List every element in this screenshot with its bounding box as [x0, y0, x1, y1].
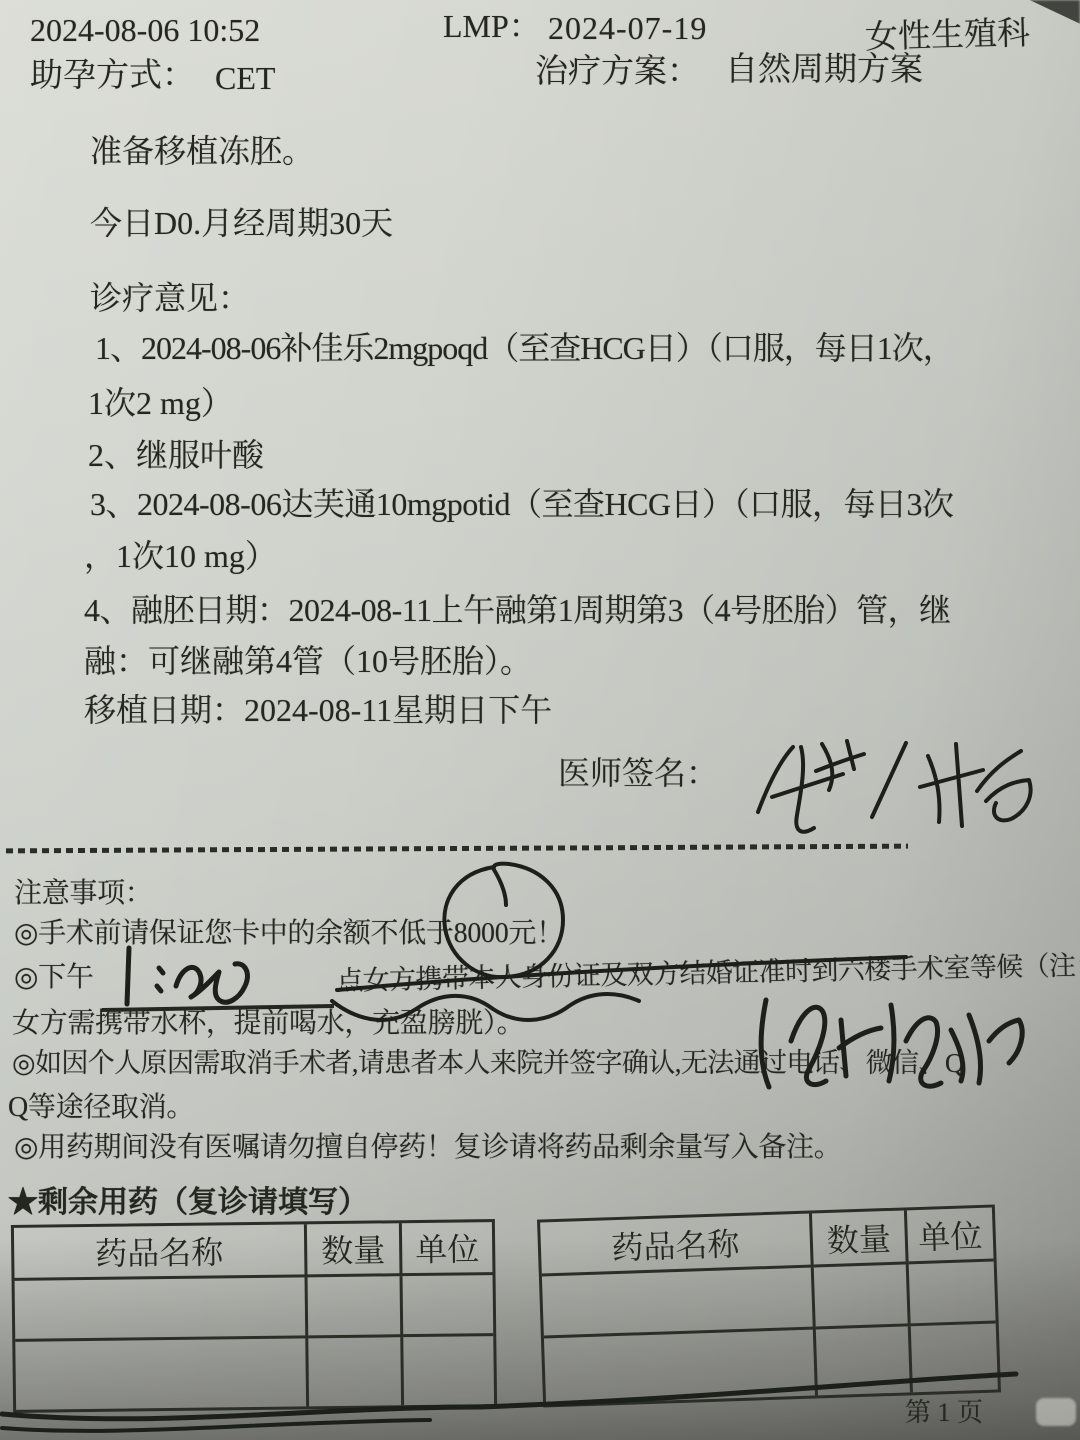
- empty-cell: [542, 1267, 816, 1338]
- empty-cell: [15, 1338, 309, 1410]
- item2-line: 2、继服叶酸: [88, 437, 264, 474]
- signature-separator-slash: [872, 743, 906, 817]
- opinion-title: 诊疗意见：: [90, 280, 250, 317]
- assisted-method-label: 助孕方式：: [30, 58, 195, 96]
- remaining-meds-table-left: 药品名称 数量 单位: [11, 1219, 497, 1413]
- item1-line1: 1、2024-08-06补佳乐2mgpoqd（至查HCG日）（口服，每日1次，: [95, 330, 954, 367]
- dashed-divider: [6, 844, 908, 854]
- note4-medication: ◎用药期间没有医嘱请勿擅自停药！复诊请将药品剩余量写入备注。: [14, 1132, 841, 1164]
- lmp-label: LMP：: [443, 8, 541, 45]
- empty-cell: [911, 1323, 998, 1392]
- empty-cell: [403, 1336, 494, 1405]
- empty-cell: [308, 1337, 404, 1406]
- assisted-method-value: CET: [215, 60, 275, 97]
- empty-cell: [308, 1276, 404, 1338]
- col-header-quantity: 数量: [812, 1210, 909, 1267]
- page-number: 第 1 页: [905, 1398, 983, 1428]
- lmp-value: 2024-07-19: [548, 10, 707, 47]
- doctor-signature-1: [758, 741, 864, 832]
- empty-cell: [15, 1277, 309, 1342]
- notes-title: 注意事项：: [14, 878, 153, 910]
- item1-line2: 1次2 mg）: [88, 385, 233, 422]
- remaining-meds-table-right: 药品名称 数量 单位: [537, 1204, 1001, 1407]
- note1-balance: ◎手术前请保证您卡中的余额不低于8000元！: [14, 918, 564, 950]
- empty-cell: [909, 1262, 996, 1327]
- item3-line1: 3、2024-08-06达芙通10mgpotid（至查HCG日）（口服，每日3次: [90, 486, 954, 523]
- treatment-plan-value: 自然周期方案: [725, 52, 923, 90]
- remaining-meds-title: ★剩余用药（复诊请填写）: [8, 1186, 368, 1221]
- treatment-plan-label: 治疗方案：: [535, 54, 700, 92]
- note3-line2: Q等途径取消。: [8, 1092, 194, 1124]
- empty-cell: [816, 1326, 913, 1395]
- handwritten-time: [127, 948, 247, 1004]
- item3-line2: ，1次10 mg）: [84, 538, 277, 575]
- item4-line1: 4、融胚日期：2024-08-11上午融第1周期第3（4号胚胎）管，继: [84, 592, 951, 629]
- cycle-note: 今日D0.月经周期30天: [90, 205, 393, 242]
- note2-line2: 女方需携带水杯，提前喝水，充盈膀胱）。: [12, 1008, 524, 1040]
- doctor-signature-2: [920, 744, 1031, 826]
- col-header-unit: 单位: [402, 1222, 493, 1276]
- prep-note: 准备移植冻胚。: [90, 133, 314, 170]
- item4-line2: 融：可继融第4管（10号胚胎）。: [84, 643, 532, 680]
- note2-prefix: ◎下午: [14, 962, 94, 994]
- photo-artifact-chip: [1036, 1398, 1076, 1426]
- note3-line1: ◎如因个人原因需取消手术者,请患者本人来院并签字确认,无法通过电话、微信、Q: [12, 1048, 964, 1079]
- empty-cell: [403, 1275, 494, 1337]
- col-header-quantity: 数量: [307, 1223, 403, 1277]
- col-header-unit: 单位: [907, 1208, 994, 1265]
- col-header-drug-name: 药品名称: [540, 1214, 814, 1277]
- document-datetime: 2024-08-06 10:52: [30, 12, 260, 49]
- document-photo: 2024-08-06 10:52 LMP： 2024-07-19 女性生殖科 助…: [0, 0, 1080, 1440]
- empty-cell: [814, 1264, 911, 1329]
- transplant-date-line: 移植日期：2024-08-11星期日下午: [84, 692, 552, 729]
- doctor-signature-label: 医师签名：: [558, 755, 718, 792]
- col-header-drug-name: 药品名称: [14, 1224, 308, 1281]
- note2-suffix: 点女方携带本人身份证及双方结婚证准时到六楼手术室等候（注：: [336, 950, 1080, 997]
- empty-cell: [544, 1329, 818, 1404]
